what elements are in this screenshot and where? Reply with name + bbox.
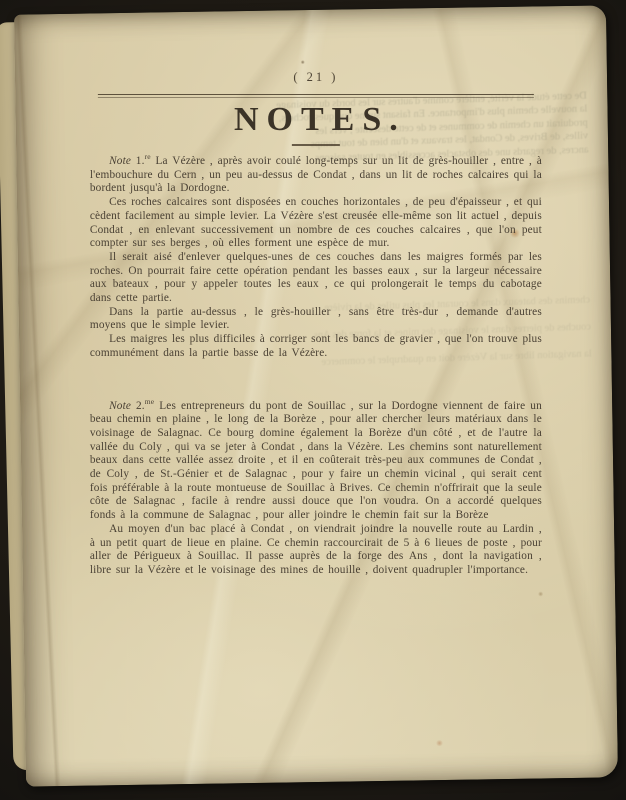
note-1-label: Note <box>109 155 131 167</box>
page-number: ( 21 ) <box>90 70 542 85</box>
notes-text: Note 1.re La Vézère , après avoir coulé … <box>90 155 542 578</box>
scan-background: { "page": { "page_number": "( 21 )", "ti… <box>0 0 626 800</box>
printed-text-block: ( 21 ) NOTES. Note 1.re La Vézère , aprè… <box>90 70 542 578</box>
book-page: De cette étude la vérité, entière comme … <box>14 5 618 786</box>
paragraph-5: Les maigres les plus difficiles à corrig… <box>90 333 542 360</box>
title-underline-rule <box>292 144 340 146</box>
paragraph-7: Au moyen d'un bac placé à Condat , on vi… <box>90 523 542 578</box>
note-2-text: Les entrepreneurs du pont de Souillac , … <box>90 400 542 522</box>
note-1-number: 1. <box>131 155 145 167</box>
note-1-paragraph: Note 1.re La Vézère , après avoir coulé … <box>90 155 542 196</box>
paragraph-4: Dans la partie au-dessus , le grès-houil… <box>90 306 542 333</box>
paper-stain <box>435 740 443 746</box>
note-2-ordinal-superscript: me <box>145 397 154 406</box>
paper-stain <box>301 60 305 64</box>
paragraph-2: Ces roches calcaires sont disposées en c… <box>90 196 542 251</box>
note-2-paragraph: Note 2.me Les entrepreneurs du pont de S… <box>90 400 542 523</box>
header-rule <box>98 94 534 98</box>
note-2-number: 2. <box>131 400 145 412</box>
paragraph-3: Il serait aisé d'enlever quelques-unes d… <box>90 251 542 306</box>
page-title: NOTES. <box>90 101 542 139</box>
note-2-label: Note <box>109 400 131 412</box>
paper-stain <box>538 591 543 596</box>
note-1-text: La Vézère , après avoir coulé long-temps… <box>90 155 542 194</box>
